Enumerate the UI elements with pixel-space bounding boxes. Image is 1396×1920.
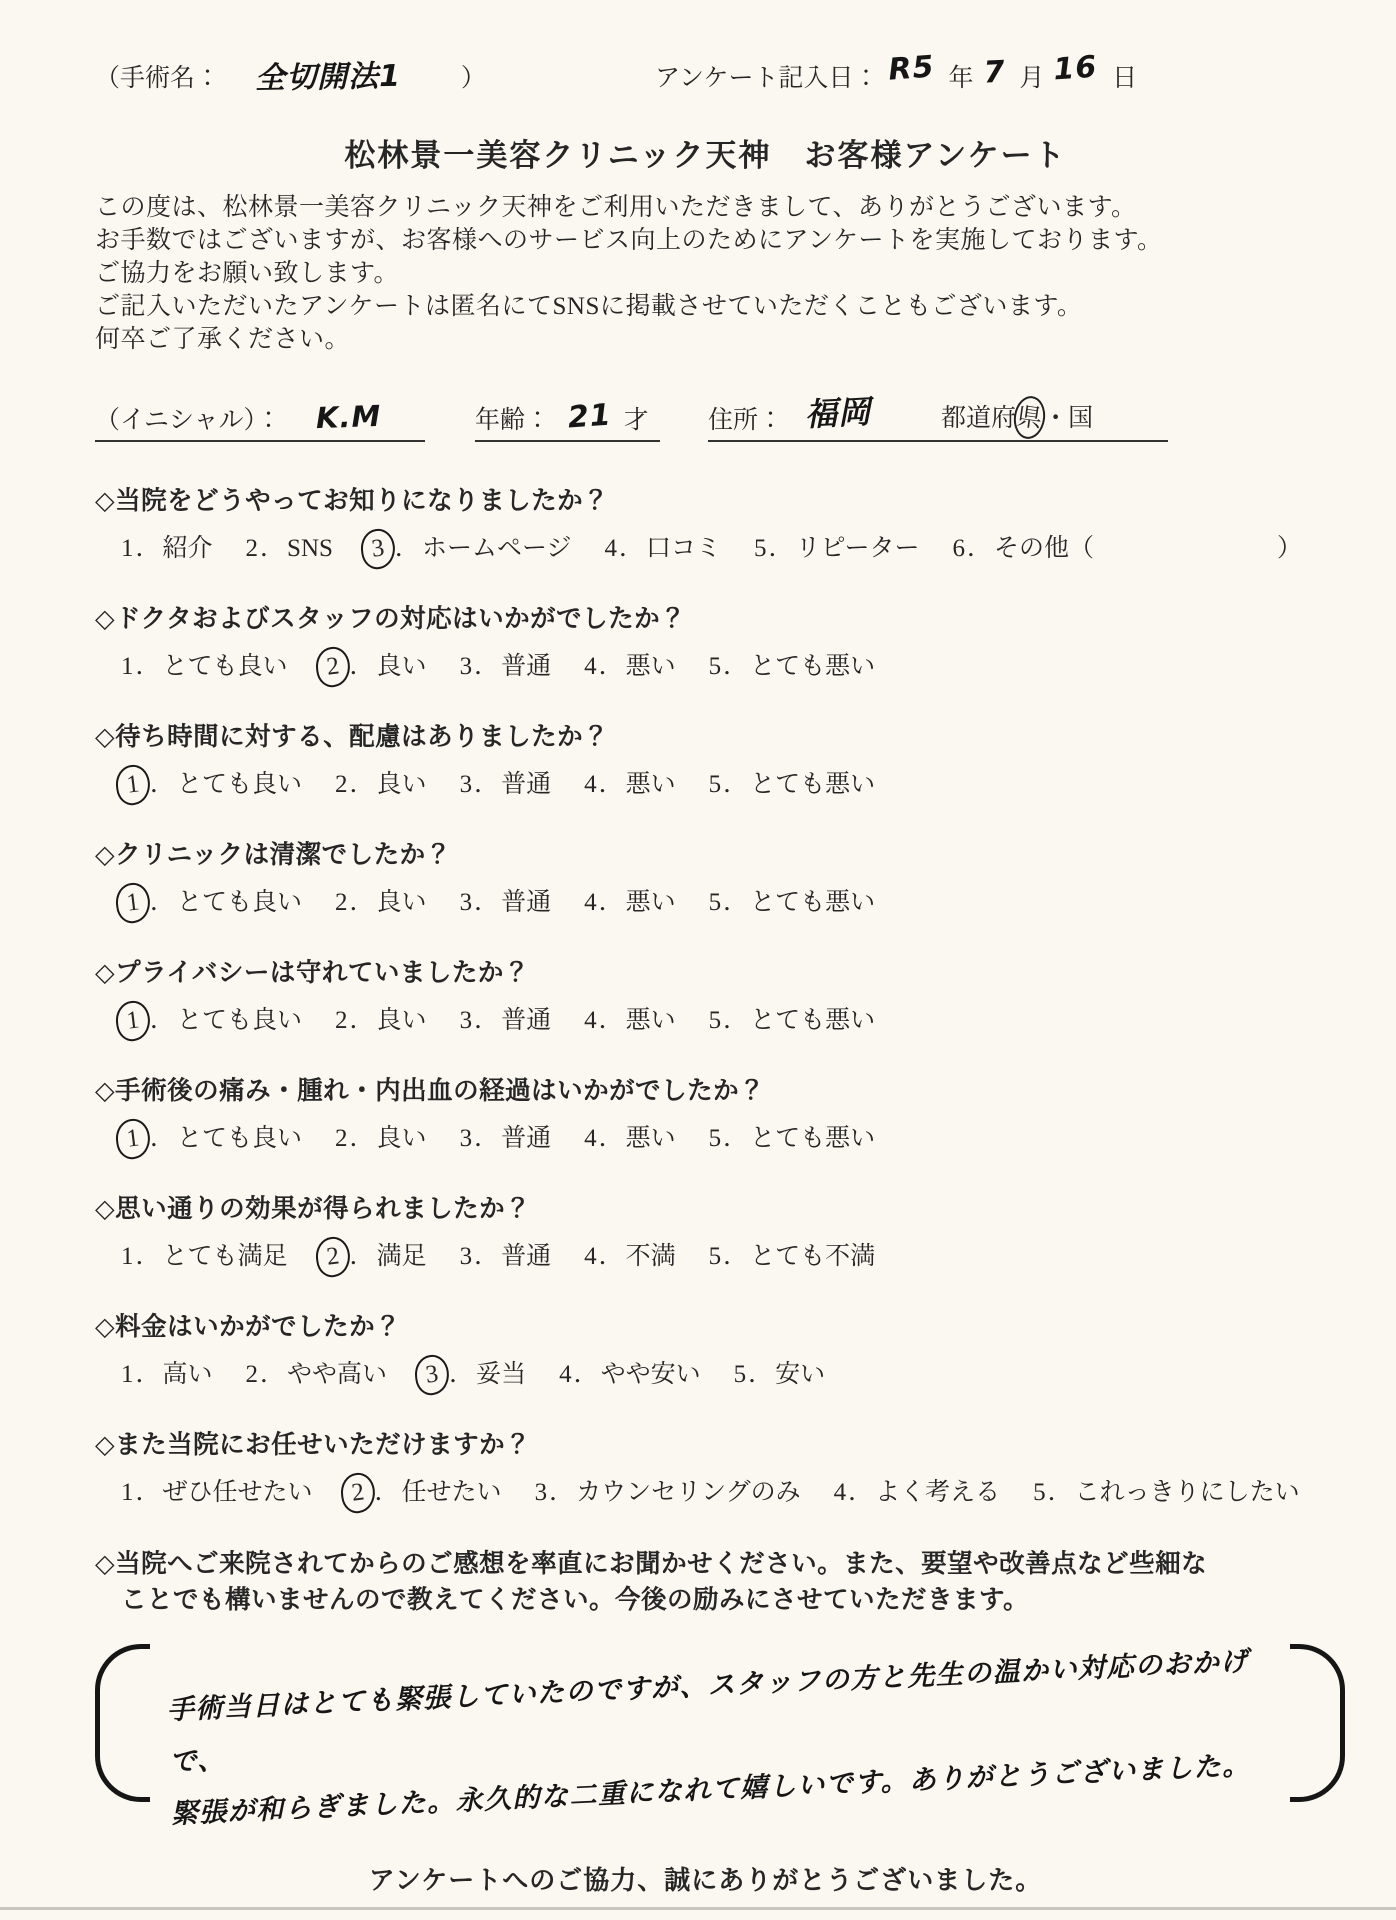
option-number: 2	[335, 999, 348, 1043]
question-block: ◇ドクタおよびスタッフの対応はいかがでしたか？1．とても良い2．良い3．普通4．…	[95, 602, 1316, 689]
option-label: とても悪い	[750, 1117, 875, 1161]
option-item: 4．口コミ	[604, 527, 721, 571]
survey-date-month-handwritten: 7	[982, 54, 1006, 90]
selected-option-circled-number: 2	[338, 1471, 377, 1515]
option-label: カウンセリングのみ	[576, 1471, 801, 1515]
question-prompt: ◇思い通りの効果が得られましたか？	[95, 1192, 1316, 1226]
selected-option-circled-number: 3	[413, 1353, 452, 1397]
option-label: 任せたい	[402, 1471, 502, 1515]
option-item: 1．紹介	[121, 527, 213, 571]
selected-option-circled-number: 3	[359, 527, 398, 571]
option-number: 5	[709, 645, 722, 689]
question-prompt: ◇当院をどうやってお知りになりましたか？	[95, 484, 1316, 518]
option-separator: ．	[449, 1353, 474, 1397]
option-item: 4．悪い	[584, 763, 676, 807]
option-item: 4．不満	[584, 1235, 676, 1279]
option-separator: ．	[136, 1471, 161, 1515]
option-item: 1．ぜひ任せたい	[121, 1471, 313, 1515]
age-label: 年齢：	[475, 400, 550, 436]
question-prompt: ◇ドクタおよびスタッフの対応はいかがでしたか？	[95, 602, 1316, 636]
age-field: 年齢： 21 才	[475, 400, 660, 442]
option-label: これっきりにしたい	[1075, 1471, 1300, 1515]
option-number: 3	[535, 1471, 548, 1515]
option-number: 5	[754, 527, 767, 571]
selected-option-circled-number: 1	[114, 1117, 153, 1161]
option-separator: ．	[350, 1235, 375, 1279]
option-separator: ．	[474, 999, 499, 1043]
option-separator: ．	[474, 1117, 499, 1161]
option-label: とても悪い	[750, 881, 875, 925]
option-number: 2	[246, 527, 259, 571]
options-row: 1．ぜひ任せたい2．任せたい3．カウンセリングのみ4．よく考える5．これっきりに…	[121, 1471, 1316, 1515]
question-prompt: ◇待ち時間に対する、配慮はありましたか？	[95, 720, 1316, 754]
survey-date-field: アンケート記入日： R5 年 7 月 16 日	[655, 58, 1137, 94]
option-item: 5．リピーター	[754, 527, 920, 571]
question-prompt: ◇また当院にお任せいただけますか？	[95, 1428, 1316, 1462]
questions-list: ◇当院をどうやってお知りになりましたか？1．紹介2．SNS3．ホームページ4．口…	[95, 484, 1316, 1515]
option-item: 5．とても悪い	[709, 999, 876, 1043]
option-item: 2．良い	[335, 881, 427, 925]
header-row: （手術名： 全切開法1 ） アンケート記入日： R5 年 7 月 16 日	[95, 50, 1316, 94]
question-prompt: ◇手術後の痛み・腫れ・内出血の経過はいかがでしたか？	[95, 1074, 1316, 1108]
option-label: 良い	[377, 1117, 427, 1161]
option-number: 2	[335, 881, 348, 925]
option-item: 3．普通	[460, 881, 552, 925]
option-label: 良い	[377, 999, 427, 1043]
option-label: 悪い	[626, 1117, 676, 1161]
option-separator: ．	[723, 763, 748, 807]
option-label: やや安い	[601, 1353, 701, 1397]
option-number: 6	[953, 527, 966, 571]
selected-option-circled-number: 2	[313, 645, 352, 689]
option-separator: ．	[599, 645, 624, 689]
option-separator: ．	[599, 881, 624, 925]
option-item: 2．良い	[321, 645, 427, 689]
footer-thanks-text: アンケートへのご協力、誠にありがとうございました。	[95, 1860, 1316, 1897]
option-label: 良い	[377, 763, 427, 807]
option-separator: ．	[136, 527, 161, 571]
option-number: 4	[584, 1117, 597, 1161]
close-paren-shape	[1290, 1644, 1345, 1802]
selected-option-circled-number: 1	[114, 881, 153, 925]
option-separator: ．	[599, 763, 624, 807]
option-item: 4．悪い	[584, 999, 676, 1043]
surgery-name-close-paren: ）	[461, 58, 486, 94]
question-prompt: ◇料金はいかがでしたか？	[95, 1310, 1316, 1344]
options-row: 1．高い2．やや高い3．妥当4．やや安い5．安い	[121, 1353, 1316, 1397]
option-separator: ．	[723, 999, 748, 1043]
option-item: 1．高い	[121, 1353, 213, 1397]
option-label: 口コミ	[646, 527, 721, 571]
option-number: 2	[335, 1117, 348, 1161]
options-row: 1．とても良い2．良い3．普通4．悪い5．とても悪い	[121, 763, 1316, 807]
option-separator: ．	[474, 881, 499, 925]
option-item: 3．普通	[460, 1117, 552, 1161]
option-number: 5	[709, 999, 722, 1043]
initials-label: （イニシャル）：	[95, 400, 281, 436]
option-label: 普通	[501, 1117, 551, 1161]
option-number: 3	[460, 1117, 473, 1161]
option-number: 5	[709, 1235, 722, 1279]
option-number: 1	[121, 645, 134, 689]
option-item: 4．悪い	[584, 645, 676, 689]
surgery-name-handwritten-value: 全切開法1	[255, 51, 402, 98]
option-item: 1．とても良い	[121, 645, 288, 689]
option-label: とても悪い	[750, 645, 875, 689]
option-number: 1	[121, 527, 134, 571]
option-separator: ．	[136, 1353, 161, 1397]
option-label: とても悪い	[750, 763, 875, 807]
intro-line: この度は、松林景一美容クリニック天神をご利用いただきまして、ありがとうございます…	[95, 191, 1316, 224]
options-row: 1．とても良い2．良い3．普通4．悪い5．とても悪い	[121, 645, 1316, 689]
question-block: ◇手術後の痛み・腫れ・内出血の経過はいかがでしたか？1．とても良い2．良い3．普…	[95, 1074, 1316, 1161]
prefecture-text: 都道府	[941, 405, 1016, 432]
option-separator: ．	[150, 999, 175, 1043]
option-separator: ．	[599, 1235, 624, 1279]
option-separator: ．	[136, 1235, 161, 1279]
option-number: 1	[121, 1235, 134, 1279]
option-label: 良い	[377, 645, 427, 689]
option-separator: ．	[723, 881, 748, 925]
option-number: 5	[709, 881, 722, 925]
option-number: 1	[121, 1471, 134, 1515]
option-label: 不満	[626, 1235, 676, 1279]
option-label: 妥当	[476, 1353, 526, 1397]
option-separator: ．	[136, 645, 161, 689]
option-number: 3	[460, 881, 473, 925]
option-number: 4	[584, 881, 597, 925]
option-item: 1．とても良い	[121, 999, 302, 1043]
scanned-survey-page: { "separators": { "option_dot": "．" }, "…	[0, 0, 1396, 1920]
option-separator: ．	[260, 1353, 285, 1397]
option-separator: ．	[474, 1235, 499, 1279]
question-block: ◇料金はいかがでしたか？1．高い2．やや高い3．妥当4．やや安い5．安い	[95, 1310, 1316, 1397]
option-label: とても良い	[177, 881, 302, 925]
comment-prompt-line: ◇当院へご来院されてからのご感想を率直にお聞かせください。また、要望や改善点など…	[95, 1546, 1316, 1582]
option-separator: ．	[574, 1353, 599, 1397]
age-suffix: 才	[624, 400, 649, 436]
intro-line: ご協力をお願い致します。	[95, 257, 1316, 290]
option-separator: ．	[350, 645, 375, 689]
option-separator: ．	[350, 763, 375, 807]
option-label: 紹介	[163, 527, 213, 571]
option-item: 2．やや高い	[246, 1353, 388, 1397]
question-block: ◇プライバシーは守れていましたか？1．とても良い2．良い3．普通4．悪い5．とて…	[95, 956, 1316, 1043]
address-handwritten-value: 福岡	[804, 386, 872, 435]
month-suffix: 月	[1019, 58, 1044, 94]
option-label: とても良い	[177, 763, 302, 807]
day-suffix: 日	[1112, 58, 1137, 94]
age-handwritten-value: 21	[567, 398, 613, 436]
option-separator: ．	[150, 763, 175, 807]
option-item: 4．よく考える	[834, 1471, 1001, 1515]
option-label: ホームページ	[422, 527, 572, 571]
question-block: ◇クリニックは清潔でしたか？1．とても良い2．良い3．普通4．悪い5．とても悪い	[95, 838, 1316, 925]
option-label: 普通	[501, 881, 551, 925]
option-separator: ．	[748, 1353, 773, 1397]
option-item: 3．ホームページ	[366, 527, 572, 571]
option-label: とても悪い	[750, 999, 875, 1043]
option-item: 5．とても悪い	[709, 763, 876, 807]
selected-option-circled-number: 1	[114, 999, 153, 1043]
option-separator: ．	[1048, 1471, 1073, 1515]
selected-option-circled-number: 2	[313, 1235, 352, 1279]
option-separator: ．	[599, 1117, 624, 1161]
option-number: 3	[460, 763, 473, 807]
option-label: SNS	[287, 527, 333, 571]
address-suffix: 都道府県・国	[941, 396, 1093, 436]
option-item: 1．とても良い	[121, 1117, 302, 1161]
option-separator: ．	[723, 1235, 748, 1279]
option-label: 満足	[377, 1235, 427, 1279]
address-label: 住所：	[708, 400, 783, 436]
option-number: 4	[584, 645, 597, 689]
survey-sheet: （手術名： 全切開法1 ） アンケート記入日： R5 年 7 月 16 日 松林…	[0, 0, 1396, 1897]
options-row: 1．とても良い2．良い3．普通4．悪い5．とても悪い	[121, 999, 1316, 1043]
surgery-name-field: （手術名： 全切開法1 ）	[95, 50, 655, 94]
option-item: 3．普通	[460, 1235, 552, 1279]
handwritten-comment: 手術当日はとても緊張していたのですが、スタッフの方と先生の温かい対応のおかげで、…	[148, 1624, 1293, 1822]
question-block: ◇思い通りの効果が得られましたか？1．とても満足2．満足3．普通4．不満5．とて…	[95, 1192, 1316, 1279]
options-row: 1．とても満足2．満足3．普通4．不満5．とても不満	[121, 1235, 1316, 1279]
option-label: とても良い	[177, 1117, 302, 1161]
option-label: 普通	[501, 999, 551, 1043]
option-separator: ．	[350, 1117, 375, 1161]
option-number: 4	[584, 763, 597, 807]
option-label: その他（	[994, 527, 1094, 571]
initials-field: （イニシャル）： K.M	[95, 400, 425, 442]
option-item: 4．悪い	[584, 881, 676, 925]
option-item: 1．とても良い	[121, 881, 302, 925]
option-item: 4．悪い	[584, 1117, 676, 1161]
option-separator: ．	[474, 645, 499, 689]
initials-handwritten-value: K.M	[315, 399, 382, 435]
option-label: 普通	[501, 763, 551, 807]
option-item: 2．良い	[335, 1117, 427, 1161]
intro-text: この度は、松林景一美容クリニック天神をご利用いただきまして、ありがとうございます…	[95, 191, 1316, 356]
question-block: ◇待ち時間に対する、配慮はありましたか？1．とても良い2．良い3．普通4．悪い5…	[95, 720, 1316, 807]
question-block: ◇また当院にお任せいただけますか？1．ぜひ任せたい2．任せたい3．カウンセリング…	[95, 1428, 1316, 1515]
option-item: 5．とても悪い	[709, 645, 876, 689]
options-row: 1．紹介2．SNS3．ホームページ4．口コミ5．リピーター6．その他（）	[121, 527, 1316, 571]
option-number: 3	[460, 999, 473, 1043]
option-number: 3	[460, 1235, 473, 1279]
option-item: 3．普通	[460, 999, 552, 1043]
option-item: 1．とても満足	[121, 1235, 288, 1279]
option-label: 普通	[501, 645, 551, 689]
option-label: 悪い	[626, 763, 676, 807]
option-number: 4	[584, 999, 597, 1043]
option-item: 6．その他（	[953, 527, 1095, 571]
comment-question-prompt: ◇当院へご来院されてからのご感想を率直にお聞かせください。また、要望や改善点など…	[95, 1546, 1316, 1618]
option-label: やや高い	[287, 1353, 387, 1397]
address-field: 住所： 福岡 都道府県・国	[708, 390, 1168, 442]
survey-date-era-handwritten: R5	[887, 49, 935, 87]
survey-date-label: アンケート記入日：	[655, 58, 879, 94]
option-label: 悪い	[626, 645, 676, 689]
comment-prompt-line: ことでも構いませんので教えてください。今後の励みにさせていただきます。	[121, 1582, 1316, 1618]
option-separator: ．	[768, 527, 793, 571]
option-number: 2	[335, 763, 348, 807]
option-label: 高い	[163, 1353, 213, 1397]
option-separator: ．	[150, 1117, 175, 1161]
option-separator: ．	[967, 527, 992, 571]
survey-date-day-handwritten: 16	[1053, 50, 1099, 88]
options-row: 1．とても良い2．良い3．普通4．悪い5．とても悪い	[121, 881, 1316, 925]
option-number: 2	[246, 1353, 259, 1397]
option-item: 3．妥当	[420, 1353, 526, 1397]
other-option-close-paren: ）	[1277, 535, 1302, 562]
option-number: 1	[121, 1353, 134, 1397]
option-number: 4	[604, 527, 617, 571]
option-label: よく考える	[875, 1471, 1000, 1515]
option-label: 普通	[501, 1235, 551, 1279]
option-label: リピーター	[796, 527, 920, 571]
option-separator: ．	[150, 881, 175, 925]
option-item: 5．とても不満	[709, 1235, 876, 1279]
country-text: ・国	[1043, 405, 1093, 432]
option-number: 5	[709, 1117, 722, 1161]
option-separator: ．	[474, 763, 499, 807]
option-label: とても良い	[177, 999, 302, 1043]
option-separator: ．	[599, 999, 624, 1043]
option-item: 2．SNS	[246, 527, 333, 571]
option-item: 5．とても悪い	[709, 881, 876, 925]
page-title: 松林景一美容クリニック天神 お客様アンケート	[95, 130, 1316, 175]
option-item: 2．満足	[321, 1235, 427, 1279]
option-separator: ．	[848, 1471, 873, 1515]
prefecture-circle-annotation: 県	[1011, 394, 1048, 441]
option-separator: ．	[395, 527, 420, 571]
options-row: 1．とても良い2．良い3．普通4．悪い5．とても悪い	[121, 1117, 1316, 1161]
option-number: 5	[734, 1353, 747, 1397]
open-paren-shape	[95, 1644, 150, 1802]
option-item: 5．安い	[734, 1353, 826, 1397]
scan-edge-artifact	[0, 1907, 1396, 1910]
option-separator: ．	[723, 645, 748, 689]
option-separator: ．	[723, 1117, 748, 1161]
option-label: 良い	[377, 881, 427, 925]
option-label: 悪い	[626, 999, 676, 1043]
option-item: 2．任せたい	[346, 1471, 502, 1515]
intro-line: お手数ではございますが、お客様へのサービス向上のためにアンケートを実施しておりま…	[95, 224, 1316, 257]
option-number: 4	[834, 1471, 847, 1515]
option-number: 5	[1033, 1471, 1046, 1515]
intro-line: 何卒ご了承ください。	[95, 323, 1316, 356]
option-label: とても満足	[163, 1235, 288, 1279]
option-number: 4	[584, 1235, 597, 1279]
option-label: ぜひ任せたい	[163, 1471, 313, 1515]
option-label: 安い	[775, 1353, 825, 1397]
option-item: 5．とても悪い	[709, 1117, 876, 1161]
option-separator: ．	[375, 1471, 400, 1515]
option-separator: ．	[350, 999, 375, 1043]
selected-option-circled-number: 1	[114, 763, 153, 807]
comment-box: 手術当日はとても緊張していたのですが、スタッフの方と先生の温かい対応のおかげで、…	[95, 1644, 1345, 1802]
question-prompt: ◇プライバシーは守れていましたか？	[95, 956, 1316, 990]
option-separator: ．	[350, 881, 375, 925]
option-item: 1．とても良い	[121, 763, 302, 807]
option-item: 4．やや安い	[559, 1353, 701, 1397]
surgery-name-label: （手術名：	[95, 58, 220, 94]
option-item: 5．これっきりにしたい	[1033, 1471, 1300, 1515]
option-number: 5	[709, 763, 722, 807]
option-label: とても良い	[163, 645, 288, 689]
option-label: 悪い	[626, 881, 676, 925]
question-prompt: ◇クリニックは清潔でしたか？	[95, 838, 1316, 872]
profile-row: （イニシャル）： K.M 年齢： 21 才 住所： 福岡 都道府県・国	[95, 390, 1316, 442]
option-item: 3．普通	[460, 763, 552, 807]
question-block: ◇当院をどうやってお知りになりましたか？1．紹介2．SNS3．ホームページ4．口…	[95, 484, 1316, 571]
option-number: 4	[559, 1353, 572, 1397]
option-item: 2．良い	[335, 999, 427, 1043]
option-separator: ．	[619, 527, 644, 571]
option-item: 3．カウンセリングのみ	[535, 1471, 801, 1515]
intro-line: ご記入いただいたアンケートは匿名にてSNSに掲載させていただくこともございます。	[95, 290, 1316, 323]
year-suffix: 年	[949, 58, 974, 94]
option-separator: ．	[260, 527, 285, 571]
option-separator: ．	[549, 1471, 574, 1515]
option-item: 2．良い	[335, 763, 427, 807]
option-number: 3	[460, 645, 473, 689]
option-label: とても不満	[750, 1235, 875, 1279]
option-item: 3．普通	[460, 645, 552, 689]
